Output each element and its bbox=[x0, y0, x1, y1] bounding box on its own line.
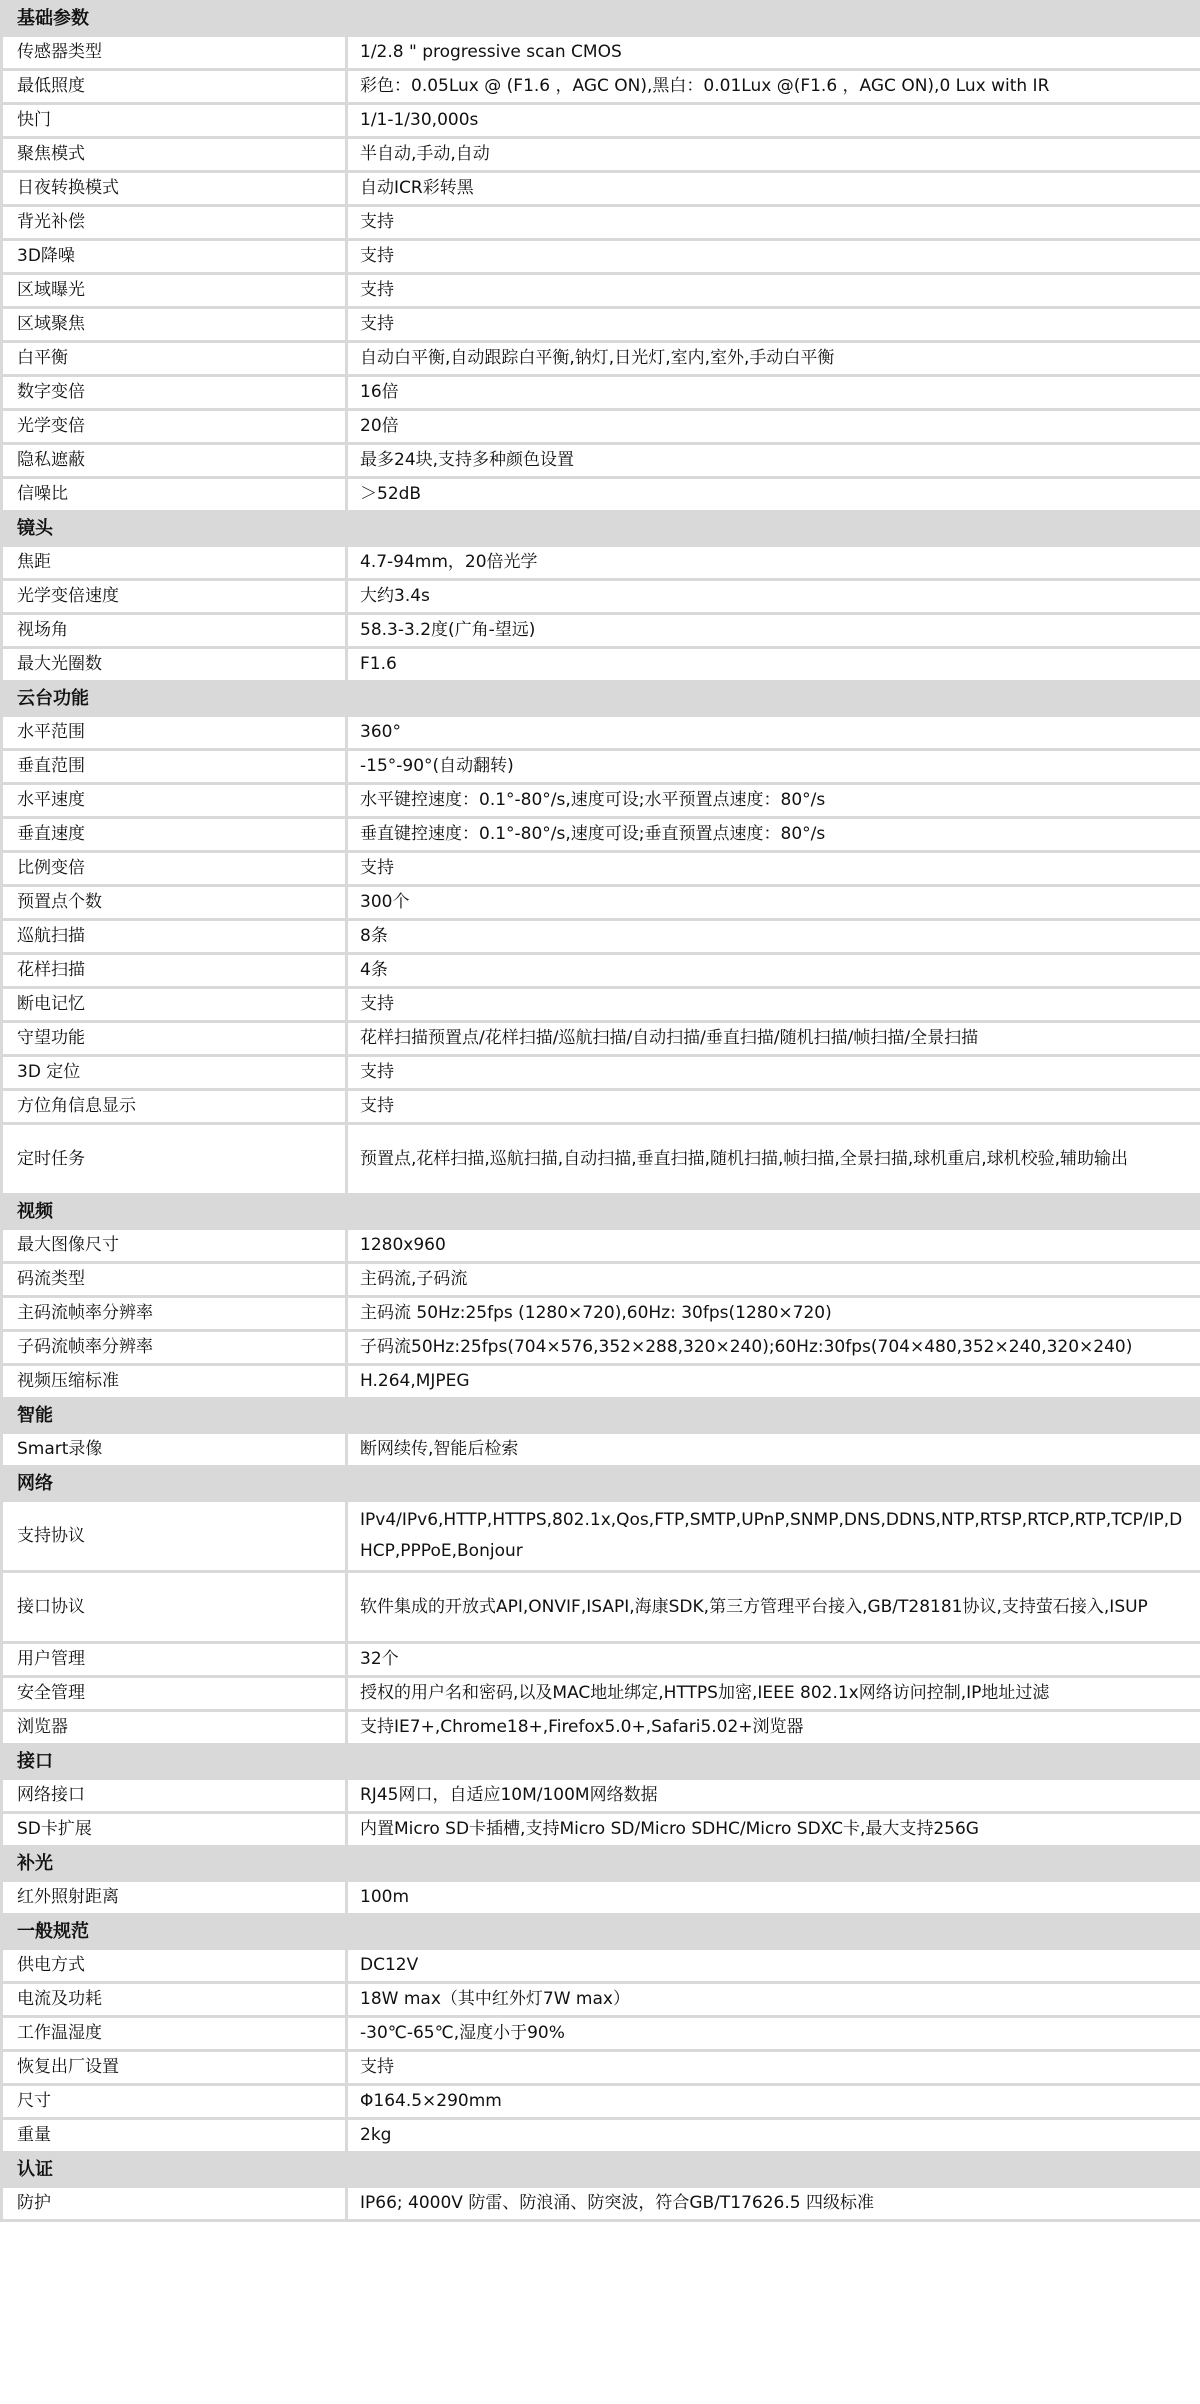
spec-row: 垂直范围 -15°-90°(自动翻转) bbox=[2, 750, 1200, 784]
spec-table: 基础参数 传感器类型 1/2.8 " progressive scan CMOS… bbox=[0, 0, 1200, 2222]
spec-label: 垂直范围 bbox=[2, 750, 347, 784]
spec-value: 支持 bbox=[347, 1056, 1200, 1090]
spec-label: 巡航扫描 bbox=[2, 920, 347, 954]
spec-value: 断网续传,智能后检索 bbox=[347, 1433, 1200, 1467]
spec-row: 聚焦模式 半自动,手动,自动 bbox=[2, 138, 1200, 172]
spec-value: 内置Micro SD卡插槽,支持Micro SD/Micro SDHC/Micr… bbox=[347, 1813, 1200, 1847]
spec-label: 白平衡 bbox=[2, 342, 347, 376]
spec-value: 支持 bbox=[347, 1090, 1200, 1124]
spec-value: -30℃-65℃,湿度小于90% bbox=[347, 2017, 1200, 2051]
spec-row: 垂直速度 垂直键控速度：0.1°-80°/s,速度可设;垂直预置点速度：80°/… bbox=[2, 818, 1200, 852]
spec-row: 比例变倍 支持 bbox=[2, 852, 1200, 886]
spec-value: 子码流50Hz:25fps(704×576,352×288,320×240);6… bbox=[347, 1331, 1200, 1365]
spec-label: 花样扫描 bbox=[2, 954, 347, 988]
spec-row: 防护 IP66; 4000V 防雷、防浪涌、防突波，符合GB/T17626.5 … bbox=[2, 2187, 1200, 2221]
section-title: 补光 bbox=[2, 1847, 1200, 1881]
spec-value: 支持 bbox=[347, 988, 1200, 1022]
spec-value: 4.7-94mm，20倍光学 bbox=[347, 546, 1200, 580]
spec-label: 区域曝光 bbox=[2, 274, 347, 308]
spec-value: 1/2.8 " progressive scan CMOS bbox=[347, 36, 1200, 70]
spec-value: 1280x960 bbox=[347, 1229, 1200, 1263]
spec-row: 方位角信息显示 支持 bbox=[2, 1090, 1200, 1124]
spec-row: 供电方式 DC12V bbox=[2, 1949, 1200, 1983]
spec-value: 支持 bbox=[347, 274, 1200, 308]
spec-row: 最大光圈数 F1.6 bbox=[2, 648, 1200, 682]
spec-row: 接口协议 软件集成的开放式API,ONVIF,ISAPI,海康SDK,第三方管理… bbox=[2, 1572, 1200, 1643]
spec-row: 隐私遮蔽 最多24块,支持多种颜色设置 bbox=[2, 444, 1200, 478]
spec-label: 背光补偿 bbox=[2, 206, 347, 240]
section-title: 网络 bbox=[2, 1467, 1200, 1501]
spec-value: 主码流,子码流 bbox=[347, 1263, 1200, 1297]
spec-label: 垂直速度 bbox=[2, 818, 347, 852]
spec-value: ＞52dB bbox=[347, 478, 1200, 512]
spec-row: 视频压缩标准 H.264,MJPEG bbox=[2, 1365, 1200, 1399]
spec-value: 自动白平衡,自动跟踪白平衡,钠灯,日光灯,室内,室外,手动白平衡 bbox=[347, 342, 1200, 376]
spec-value: 4条 bbox=[347, 954, 1200, 988]
spec-row: 3D降噪 支持 bbox=[2, 240, 1200, 274]
spec-label: 光学变倍 bbox=[2, 410, 347, 444]
spec-label: 红外照射距离 bbox=[2, 1881, 347, 1915]
spec-value: 支持 bbox=[347, 308, 1200, 342]
spec-row: 区域聚焦 支持 bbox=[2, 308, 1200, 342]
spec-row: 安全管理 授权的用户名和密码,以及MAC地址绑定,HTTPS加密,IEEE 80… bbox=[2, 1677, 1200, 1711]
spec-row: 最大图像尺寸 1280x960 bbox=[2, 1229, 1200, 1263]
spec-value: 支持 bbox=[347, 206, 1200, 240]
spec-row: 水平速度 水平键控速度：0.1°-80°/s,速度可设;水平预置点速度：80°/… bbox=[2, 784, 1200, 818]
spec-row: 最低照度 彩色：0.05Lux @ (F1.6 ，AGC ON),黑白：0.01… bbox=[2, 70, 1200, 104]
spec-row: 信噪比 ＞52dB bbox=[2, 478, 1200, 512]
spec-label: 接口协议 bbox=[2, 1572, 347, 1643]
spec-value: 8条 bbox=[347, 920, 1200, 954]
spec-value: 1/1-1/30,000s bbox=[347, 104, 1200, 138]
spec-label: 码流类型 bbox=[2, 1263, 347, 1297]
spec-value: 半自动,手动,自动 bbox=[347, 138, 1200, 172]
section-header: 一般规范 bbox=[2, 1915, 1200, 1949]
spec-value: 支持 bbox=[347, 852, 1200, 886]
spec-row: 码流类型 主码流,子码流 bbox=[2, 1263, 1200, 1297]
spec-label: 恢复出厂设置 bbox=[2, 2051, 347, 2085]
section-header: 认证 bbox=[2, 2153, 1200, 2187]
section-header: 镜头 bbox=[2, 512, 1200, 546]
spec-row: 花样扫描 4条 bbox=[2, 954, 1200, 988]
spec-value: 支持 bbox=[347, 240, 1200, 274]
spec-value: 360° bbox=[347, 716, 1200, 750]
section-header: 云台功能 bbox=[2, 682, 1200, 716]
section-title: 一般规范 bbox=[2, 1915, 1200, 1949]
spec-label: 区域聚焦 bbox=[2, 308, 347, 342]
spec-row: SD卡扩展 内置Micro SD卡插槽,支持Micro SD/Micro SDH… bbox=[2, 1813, 1200, 1847]
spec-value: 18W max（其中红外灯7W max） bbox=[347, 1983, 1200, 2017]
spec-row: 背光补偿 支持 bbox=[2, 206, 1200, 240]
spec-label: 支持协议 bbox=[2, 1501, 347, 1572]
spec-value: 彩色：0.05Lux @ (F1.6 ，AGC ON),黑白：0.01Lux @… bbox=[347, 70, 1200, 104]
spec-label: 聚焦模式 bbox=[2, 138, 347, 172]
spec-label: 水平速度 bbox=[2, 784, 347, 818]
spec-value: Φ164.5×290mm bbox=[347, 2085, 1200, 2119]
spec-label: 最大光圈数 bbox=[2, 648, 347, 682]
spec-label: 隐私遮蔽 bbox=[2, 444, 347, 478]
spec-label: 焦距 bbox=[2, 546, 347, 580]
spec-row: 光学变倍 20倍 bbox=[2, 410, 1200, 444]
spec-row: 工作温湿度 -30℃-65℃,湿度小于90% bbox=[2, 2017, 1200, 2051]
spec-label: 方位角信息显示 bbox=[2, 1090, 347, 1124]
spec-value: RJ45网口，自适应10M/100M网络数据 bbox=[347, 1779, 1200, 1813]
spec-value: 支持IE7+,Chrome18+,Firefox5.0+,Safari5.02+… bbox=[347, 1711, 1200, 1745]
section-title: 视频 bbox=[2, 1195, 1200, 1229]
spec-label: 浏览器 bbox=[2, 1711, 347, 1745]
spec-row: 数字变倍 16倍 bbox=[2, 376, 1200, 410]
spec-value: 300个 bbox=[347, 886, 1200, 920]
spec-label: 最大图像尺寸 bbox=[2, 1229, 347, 1263]
spec-value: 主码流 50Hz:25fps (1280×720),60Hz: 30fps(12… bbox=[347, 1297, 1200, 1331]
spec-row: 预置点个数 300个 bbox=[2, 886, 1200, 920]
spec-row: 恢复出厂设置 支持 bbox=[2, 2051, 1200, 2085]
spec-label: 防护 bbox=[2, 2187, 347, 2221]
spec-value: 水平键控速度：0.1°-80°/s,速度可设;水平预置点速度：80°/s bbox=[347, 784, 1200, 818]
spec-value: H.264,MJPEG bbox=[347, 1365, 1200, 1399]
spec-label: 尺寸 bbox=[2, 2085, 347, 2119]
spec-value: 20倍 bbox=[347, 410, 1200, 444]
spec-label: 安全管理 bbox=[2, 1677, 347, 1711]
spec-value: 软件集成的开放式API,ONVIF,ISAPI,海康SDK,第三方管理平台接入,… bbox=[347, 1572, 1200, 1643]
spec-label: 断电记忆 bbox=[2, 988, 347, 1022]
spec-row: 日夜转换模式 自动ICR彩转黑 bbox=[2, 172, 1200, 206]
section-header: 视频 bbox=[2, 1195, 1200, 1229]
spec-label: 日夜转换模式 bbox=[2, 172, 347, 206]
spec-label: 主码流帧率分辨率 bbox=[2, 1297, 347, 1331]
spec-value: 授权的用户名和密码,以及MAC地址绑定,HTTPS加密,IEEE 802.1x网… bbox=[347, 1677, 1200, 1711]
section-header: 智能 bbox=[2, 1399, 1200, 1433]
spec-label: 光学变倍速度 bbox=[2, 580, 347, 614]
spec-row: 支持协议 IPv4/IPv6,HTTP,HTTPS,802.1x,Qos,FTP… bbox=[2, 1501, 1200, 1572]
spec-row: 焦距 4.7-94mm，20倍光学 bbox=[2, 546, 1200, 580]
spec-label: 视场角 bbox=[2, 614, 347, 648]
section-header: 补光 bbox=[2, 1847, 1200, 1881]
spec-row: 网络接口 RJ45网口，自适应10M/100M网络数据 bbox=[2, 1779, 1200, 1813]
spec-row: 光学变倍速度 大约3.4s bbox=[2, 580, 1200, 614]
spec-value: 支持 bbox=[347, 2051, 1200, 2085]
spec-value: 100m bbox=[347, 1881, 1200, 1915]
section-title: 认证 bbox=[2, 2153, 1200, 2187]
spec-row: 浏览器 支持IE7+,Chrome18+,Firefox5.0+,Safari5… bbox=[2, 1711, 1200, 1745]
spec-row: 定时任务 预置点,花样扫描,巡航扫描,自动扫描,垂直扫描,随机扫描,帧扫描,全景… bbox=[2, 1124, 1200, 1195]
spec-row: 白平衡 自动白平衡,自动跟踪白平衡,钠灯,日光灯,室内,室外,手动白平衡 bbox=[2, 342, 1200, 376]
spec-value: 32个 bbox=[347, 1643, 1200, 1677]
spec-label: 重量 bbox=[2, 2119, 347, 2153]
section-title: 接口 bbox=[2, 1745, 1200, 1779]
section-header: 接口 bbox=[2, 1745, 1200, 1779]
spec-value: DC12V bbox=[347, 1949, 1200, 1983]
section-title: 基础参数 bbox=[2, 2, 1200, 36]
section-title: 智能 bbox=[2, 1399, 1200, 1433]
spec-row: 视场角 58.3-3.2度(广角-望远) bbox=[2, 614, 1200, 648]
spec-table-body: 基础参数 传感器类型 1/2.8 " progressive scan CMOS… bbox=[2, 2, 1200, 2221]
section-header: 基础参数 bbox=[2, 2, 1200, 36]
spec-row: 守望功能 花样扫描预置点/花样扫描/巡航扫描/自动扫描/垂直扫描/随机扫描/帧扫… bbox=[2, 1022, 1200, 1056]
spec-value: 垂直键控速度：0.1°-80°/s,速度可设;垂直预置点速度：80°/s bbox=[347, 818, 1200, 852]
spec-value: 16倍 bbox=[347, 376, 1200, 410]
spec-label: 电流及功耗 bbox=[2, 1983, 347, 2017]
spec-row: 电流及功耗 18W max（其中红外灯7W max） bbox=[2, 1983, 1200, 2017]
spec-value: 花样扫描预置点/花样扫描/巡航扫描/自动扫描/垂直扫描/随机扫描/帧扫描/全景扫… bbox=[347, 1022, 1200, 1056]
spec-value: 2kg bbox=[347, 2119, 1200, 2153]
section-header: 网络 bbox=[2, 1467, 1200, 1501]
spec-label: 预置点个数 bbox=[2, 886, 347, 920]
spec-value: 预置点,花样扫描,巡航扫描,自动扫描,垂直扫描,随机扫描,帧扫描,全景扫描,球机… bbox=[347, 1124, 1200, 1195]
spec-label: 传感器类型 bbox=[2, 36, 347, 70]
spec-label: 用户管理 bbox=[2, 1643, 347, 1677]
spec-row: 传感器类型 1/2.8 " progressive scan CMOS bbox=[2, 36, 1200, 70]
spec-row: 区域曝光 支持 bbox=[2, 274, 1200, 308]
spec-label: 网络接口 bbox=[2, 1779, 347, 1813]
spec-row: 重量 2kg bbox=[2, 2119, 1200, 2153]
spec-label: SD卡扩展 bbox=[2, 1813, 347, 1847]
spec-value: F1.6 bbox=[347, 648, 1200, 682]
spec-label: 供电方式 bbox=[2, 1949, 347, 1983]
spec-label: 3D 定位 bbox=[2, 1056, 347, 1090]
spec-row: 主码流帧率分辨率 主码流 50Hz:25fps (1280×720),60Hz:… bbox=[2, 1297, 1200, 1331]
spec-row: 水平范围 360° bbox=[2, 716, 1200, 750]
spec-row: 3D 定位 支持 bbox=[2, 1056, 1200, 1090]
spec-row: 红外照射距离 100m bbox=[2, 1881, 1200, 1915]
spec-label: 信噪比 bbox=[2, 478, 347, 512]
spec-value: 最多24块,支持多种颜色设置 bbox=[347, 444, 1200, 478]
spec-label: Smart录像 bbox=[2, 1433, 347, 1467]
spec-row: 用户管理 32个 bbox=[2, 1643, 1200, 1677]
spec-value: 58.3-3.2度(广角-望远) bbox=[347, 614, 1200, 648]
spec-value: IPv4/IPv6,HTTP,HTTPS,802.1x,Qos,FTP,SMTP… bbox=[347, 1501, 1200, 1572]
spec-label: 视频压缩标准 bbox=[2, 1365, 347, 1399]
spec-label: 子码流帧率分辨率 bbox=[2, 1331, 347, 1365]
spec-label: 水平范围 bbox=[2, 716, 347, 750]
spec-row: 子码流帧率分辨率 子码流50Hz:25fps(704×576,352×288,3… bbox=[2, 1331, 1200, 1365]
section-title: 镜头 bbox=[2, 512, 1200, 546]
spec-label: 3D降噪 bbox=[2, 240, 347, 274]
spec-row: 巡航扫描 8条 bbox=[2, 920, 1200, 954]
spec-row: 快门 1/1-1/30,000s bbox=[2, 104, 1200, 138]
spec-label: 守望功能 bbox=[2, 1022, 347, 1056]
spec-label: 工作温湿度 bbox=[2, 2017, 347, 2051]
section-title: 云台功能 bbox=[2, 682, 1200, 716]
spec-value: 自动ICR彩转黑 bbox=[347, 172, 1200, 206]
spec-row: 断电记忆 支持 bbox=[2, 988, 1200, 1022]
spec-label: 定时任务 bbox=[2, 1124, 347, 1195]
spec-label: 数字变倍 bbox=[2, 376, 347, 410]
spec-value: 大约3.4s bbox=[347, 580, 1200, 614]
spec-row: 尺寸 Φ164.5×290mm bbox=[2, 2085, 1200, 2119]
spec-label: 最低照度 bbox=[2, 70, 347, 104]
spec-value: -15°-90°(自动翻转) bbox=[347, 750, 1200, 784]
spec-value: IP66; 4000V 防雷、防浪涌、防突波，符合GB/T17626.5 四级标… bbox=[347, 2187, 1200, 2221]
spec-row: Smart录像 断网续传,智能后检索 bbox=[2, 1433, 1200, 1467]
spec-label: 快门 bbox=[2, 104, 347, 138]
spec-label: 比例变倍 bbox=[2, 852, 347, 886]
